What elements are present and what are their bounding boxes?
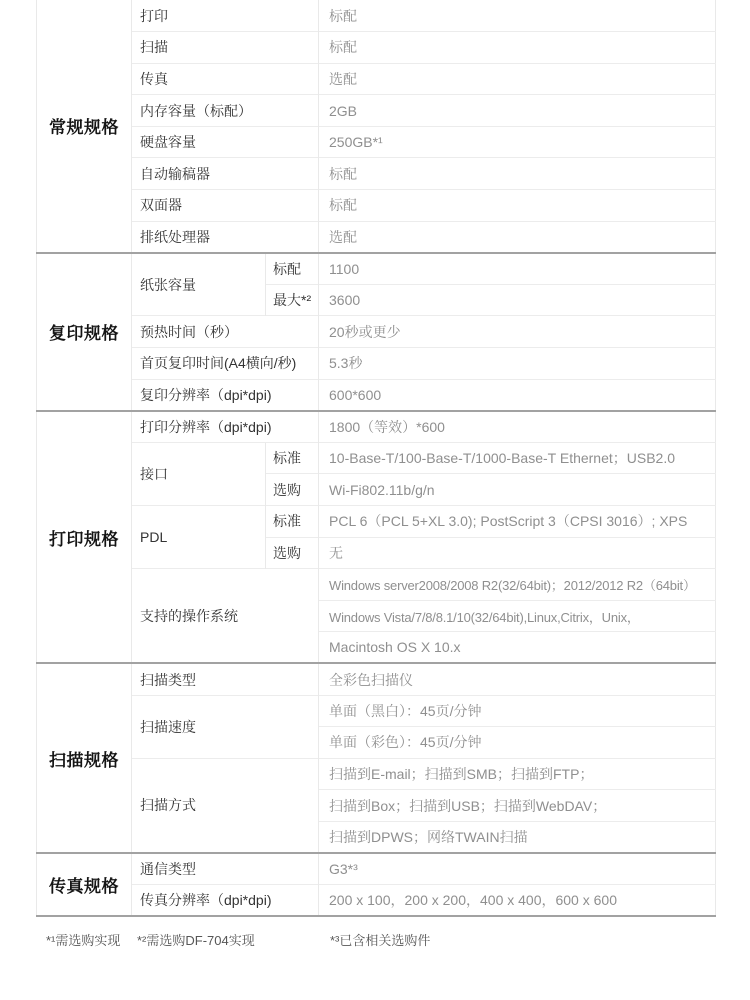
sub-label: 选购 — [266, 537, 319, 569]
row-label: 首页复印时间(A4横向/秒) — [132, 348, 319, 380]
spec-row: PDL标准PCL 6（PCL 5+XL 3.0); PostScript 3（C… — [37, 506, 716, 538]
row-label: 扫描 — [132, 32, 319, 64]
spec-value: 200 x 100，200 x 200，400 x 400，600 x 600 — [319, 885, 716, 917]
section-title: 扫描规格 — [37, 663, 132, 853]
spec-value: 10-Base-T/100-Base-T/1000-Base-T Etherne… — [319, 442, 716, 474]
spec-row: 排纸处理器选配 — [37, 221, 716, 253]
spec-row: 接口标准10-Base-T/100-Base-T/1000-Base-T Eth… — [37, 442, 716, 474]
row-label: 扫描速度 — [132, 695, 319, 758]
spec-value: 标配 — [319, 32, 716, 64]
row-label: 打印 — [132, 0, 319, 32]
row-label: 通信类型 — [132, 853, 319, 885]
spec-row: 传真分辨率（dpi*dpi)200 x 100，200 x 200，400 x … — [37, 885, 716, 917]
row-label: 预热时间（秒） — [132, 316, 319, 348]
spec-value: 600*600 — [319, 379, 716, 411]
row-label: 打印分辨率（dpi*dpi) — [132, 411, 319, 443]
spec-value: 1100 — [319, 253, 716, 285]
row-label: 传真分辨率（dpi*dpi) — [132, 885, 319, 917]
spec-row: 传真选配 — [37, 63, 716, 95]
sub-label: 标准 — [266, 442, 319, 474]
section-title: 常规规格 — [37, 0, 132, 253]
spec-row: 扫描规格扫描类型全彩色扫描仪 — [37, 663, 716, 695]
row-label: 自动输稿器 — [132, 158, 319, 190]
spec-value: 扫描到Box；扫描到USB；扫描到WebDAV； — [319, 790, 716, 822]
spec-value: Macintosh OS X 10.x — [319, 632, 716, 664]
sub-label: 选购 — [266, 474, 319, 506]
row-label: 支持的操作系统 — [132, 569, 319, 664]
sub-label: 标准 — [266, 506, 319, 538]
spec-value: Windows Vista/7/8/8.1/10(32/64bit),Linux… — [319, 600, 716, 632]
spec-value: 全彩色扫描仪 — [319, 663, 716, 695]
row-label: 硬盘容量 — [132, 126, 319, 158]
spec-value: 无 — [319, 537, 716, 569]
spec-row: 扫描方式扫描到E-mail；扫描到SMB；扫描到FTP； — [37, 758, 716, 790]
spec-row: 常规规格打印标配 — [37, 0, 716, 32]
spec-row: 打印规格打印分辨率（dpi*dpi)1800（等效）*600 — [37, 411, 716, 443]
spec-value: 扫描到DPWS；网络TWAIN扫描 — [319, 821, 716, 853]
row-label: 传真 — [132, 63, 319, 95]
spec-value: G3*³ — [319, 853, 716, 885]
section-title: 打印规格 — [37, 411, 132, 664]
footnotes: *¹需选购实现 *²需选购DF-704实现 *³已含相关选购件 — [46, 930, 750, 949]
row-label: 扫描类型 — [132, 663, 319, 695]
spec-value: Windows server2008/2008 R2(32/64bit)；201… — [319, 569, 716, 601]
row-label: 排纸处理器 — [132, 221, 319, 253]
row-label: 纸张容量 — [132, 253, 266, 316]
footnote: *²需选购DF-704实现 — [137, 930, 330, 949]
row-label: 内存容量（标配） — [132, 95, 319, 127]
spec-value: 20秒或更少 — [319, 316, 716, 348]
spec-value: 单面（彩色）：45页/分钟 — [319, 727, 716, 759]
spec-value: 单面（黑白）：45页/分钟 — [319, 695, 716, 727]
spec-row: 复印规格纸张容量标配1100 — [37, 253, 716, 285]
sub-label: 标配 — [266, 253, 319, 285]
product-spec-page: 常规规格打印标配扫描标配传真选配内存容量（标配）2GB硬盘容量250GB*¹自动… — [0, 0, 750, 1000]
spec-row: 预热时间（秒）20秒或更少 — [37, 316, 716, 348]
spec-value: Wi-Fi802.11b/g/n — [319, 474, 716, 506]
section-title: 传真规格 — [37, 853, 132, 916]
spec-value: 5.3秒 — [319, 348, 716, 380]
section-title: 复印规格 — [37, 253, 132, 411]
spec-row: 内存容量（标配）2GB — [37, 95, 716, 127]
spec-row: 硬盘容量250GB*¹ — [37, 126, 716, 158]
row-label: 扫描方式 — [132, 758, 319, 853]
row-label: PDL — [132, 506, 266, 569]
row-label: 复印分辨率（dpi*dpi) — [132, 379, 319, 411]
spec-value: 标配 — [319, 158, 716, 190]
spec-value: 250GB*¹ — [319, 126, 716, 158]
spec-row: 扫描速度单面（黑白）：45页/分钟 — [37, 695, 716, 727]
footnote: *¹需选购实现 — [46, 930, 137, 949]
spec-value: PCL 6（PCL 5+XL 3.0); PostScript 3（CPSI 3… — [319, 506, 716, 538]
spec-value: 3600 — [319, 284, 716, 316]
spec-row: 支持的操作系统Windows server2008/2008 R2(32/64b… — [37, 569, 716, 601]
spec-value: 选配 — [319, 63, 716, 95]
spec-value: 扫描到E-mail；扫描到SMB；扫描到FTP； — [319, 758, 716, 790]
spec-table: 常规规格打印标配扫描标配传真选配内存容量（标配）2GB硬盘容量250GB*¹自动… — [36, 0, 716, 917]
spec-row: 首页复印时间(A4横向/秒)5.3秒 — [37, 348, 716, 380]
spec-row: 双面器标配 — [37, 190, 716, 222]
spec-row: 扫描标配 — [37, 32, 716, 64]
spec-row: 传真规格通信类型G3*³ — [37, 853, 716, 885]
spec-row: 复印分辨率（dpi*dpi)600*600 — [37, 379, 716, 411]
spec-value: 2GB — [319, 95, 716, 127]
spec-value: 标配 — [319, 0, 716, 32]
spec-value: 1800（等效）*600 — [319, 411, 716, 443]
row-label: 接口 — [132, 442, 266, 505]
row-label: 双面器 — [132, 190, 319, 222]
footnote: *³已含相关选购件 — [330, 930, 430, 949]
spec-row: 自动输稿器标配 — [37, 158, 716, 190]
sub-label: 最大*² — [266, 284, 319, 316]
spec-value: 选配 — [319, 221, 716, 253]
spec-value: 标配 — [319, 190, 716, 222]
